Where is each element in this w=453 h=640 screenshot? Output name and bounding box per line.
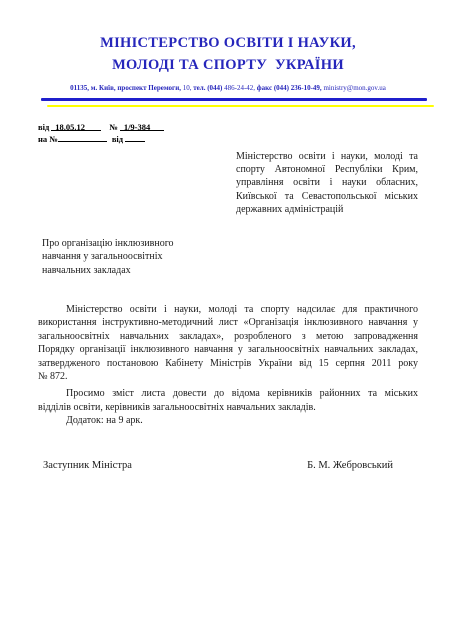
body-line: загальноосвітніх навчальних закладах», р… — [38, 330, 418, 343]
reference-block: від18.05.12№1/9-384 на №від — [38, 122, 418, 145]
letterhead-address: 01135, м. Київ, проспект Перемоги, 10, т… — [38, 84, 418, 93]
addressee-line: Київської та Севастопольської міських — [236, 190, 418, 203]
subject-block: Про організацію інклюзивного навчання у … — [42, 237, 418, 277]
ref-reply-label: на № — [38, 134, 58, 144]
reference-row-outgoing: від18.05.12№1/9-384 — [38, 122, 418, 133]
address-segment-fax: факс (044) 236-10-49, — [257, 84, 324, 92]
header-rule-blue — [41, 98, 427, 101]
reference-row-reply: на №від — [38, 133, 418, 145]
ref-date-label: від — [38, 122, 49, 132]
ministry-title-line2: МОЛОДІ ТА СПОРТУ УКРАЇНИ — [38, 54, 418, 76]
body-line: Міністерство освіти і науки, молоді та с… — [38, 303, 418, 316]
signature-row: Заступник Міністра Б. М. Жебровський — [38, 459, 418, 472]
signer-name: Б. М. Жебровський — [307, 459, 393, 472]
attachment-note: Додаток: на 9 арк. — [38, 414, 418, 427]
body-paragraph-1: Міністерство освіти і науки, молоді та с… — [38, 303, 418, 383]
body-line: Порядку організації інклюзивного навчанн… — [38, 343, 418, 356]
body-paragraph-2: Просимо зміст листа довести до відома ке… — [38, 387, 418, 414]
addressee-line: спорту Автономної Республіки Крим, — [236, 163, 418, 176]
ref-number-label: № — [109, 122, 118, 132]
ref-date-value: 18.05.12 — [51, 122, 101, 131]
ref-reply-from-label: від — [112, 134, 123, 144]
signer-position: Заступник Міністра — [43, 459, 132, 472]
addressee-line: державних адміністрацій — [236, 203, 418, 216]
addressee-block: Міністерство освіти і науки, молоді та с… — [236, 150, 418, 216]
subject-line: навчальних закладах — [42, 264, 418, 277]
address-segment-email: ministry@mon.gov.ua — [323, 84, 385, 92]
ref-number-value: 1/9-384 — [120, 122, 164, 131]
body-line: № 872. — [38, 370, 418, 383]
ministry-title-line1: МІНІСТЕРСТВО ОСВІТИ І НАУКИ, — [38, 32, 418, 54]
address-segment-phone: тел. (044) — [193, 84, 224, 92]
subject-line: навчання у загальноосвітніх — [42, 250, 418, 263]
address-segment-phone-number: 486-24-42, — [224, 84, 257, 92]
body-line: відділів освіти, керівників загальноосві… — [38, 401, 418, 414]
subject-line: Про організацію інклюзивного — [42, 237, 418, 250]
body-line: затвердженого постановою Кабінету Мініст… — [38, 357, 418, 370]
document-page: МІНІСТЕРСТВО ОСВІТИ І НАУКИ, МОЛОДІ ТА С… — [0, 0, 453, 640]
address-segment: 10, — [183, 84, 194, 92]
body-line: Просимо зміст листа довести до відома ке… — [38, 387, 418, 400]
body-line: використання інструктивно-методичний лис… — [38, 316, 418, 329]
header-rule-yellow — [47, 105, 434, 107]
ref-reply-from-underline — [125, 133, 145, 142]
addressee-line: Міністерство освіти і науки, молоді та — [236, 150, 418, 163]
ref-reply-underline — [58, 133, 107, 142]
addressee-line: управління освіти і науки обласних, — [236, 176, 418, 189]
address-segment: 01135, м. Київ, проспект Перемоги, — [70, 84, 183, 92]
